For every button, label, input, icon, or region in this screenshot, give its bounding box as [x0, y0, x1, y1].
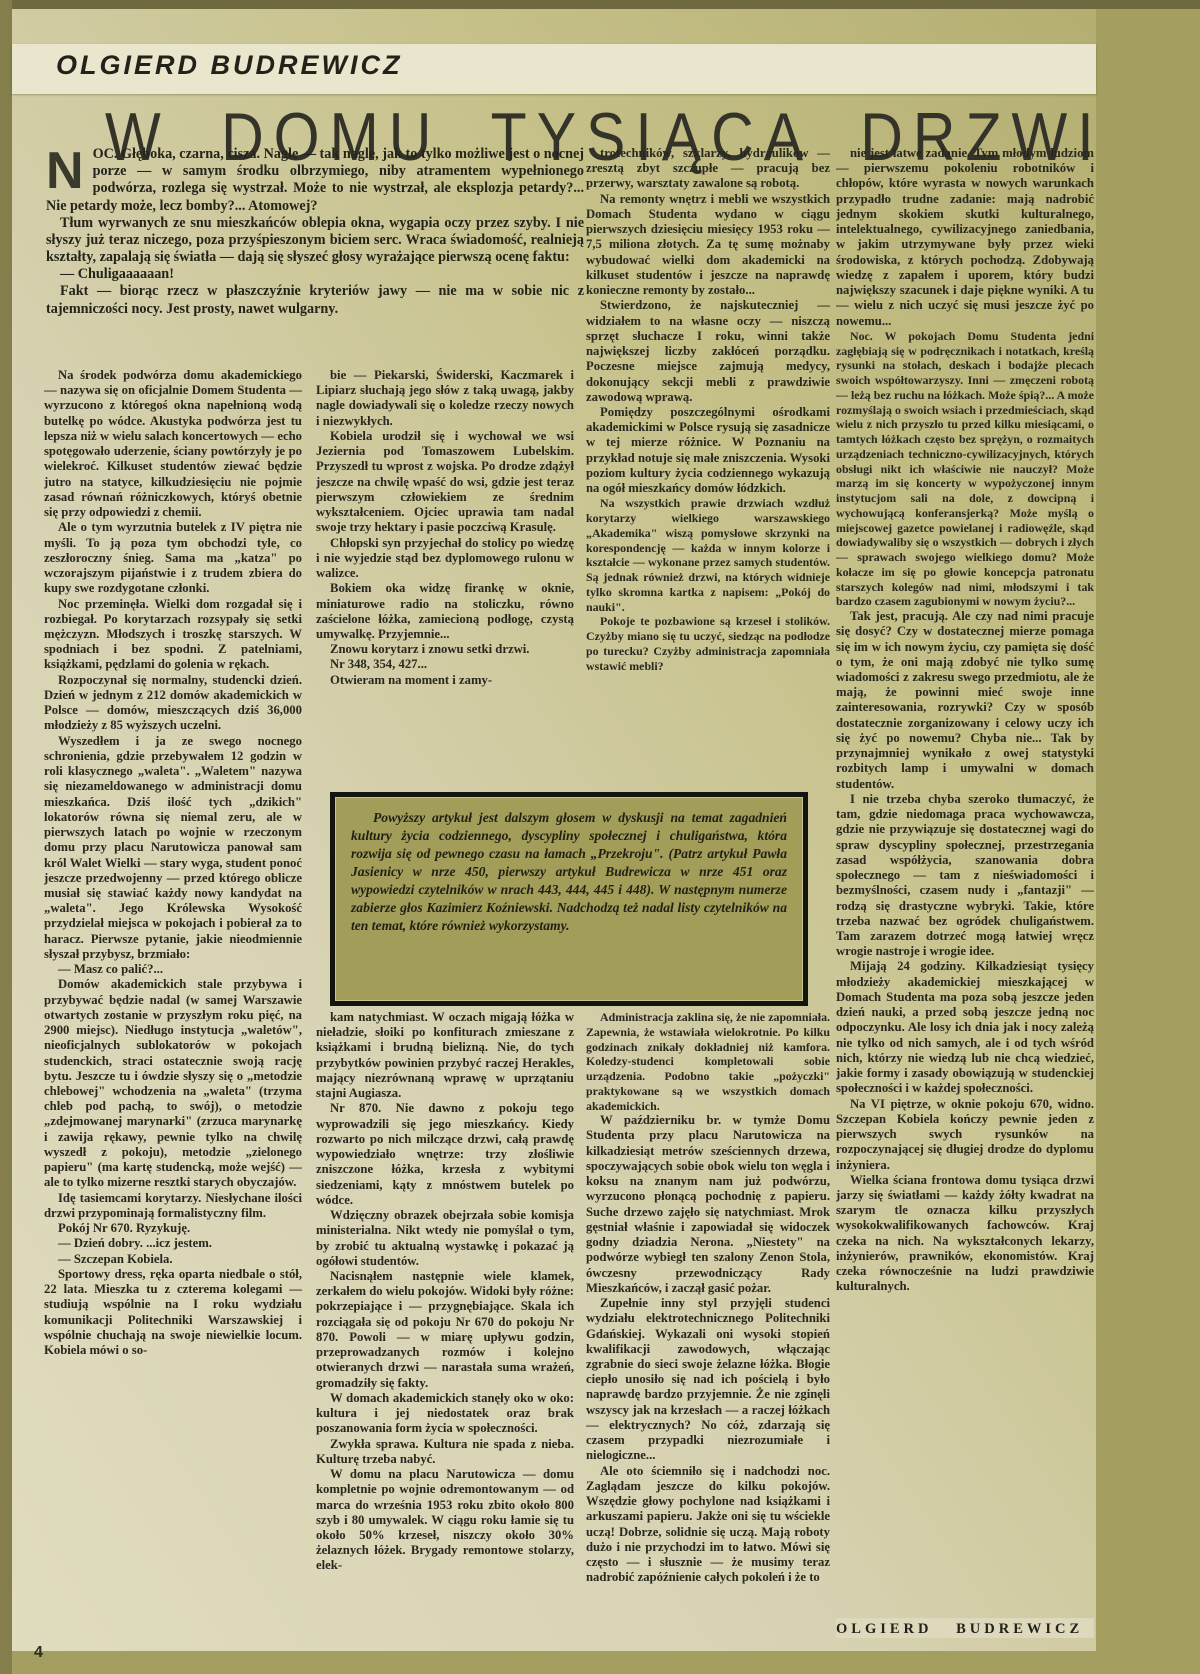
paragraph: Noc. W pokojach Domu Studenta jedni zagł… [836, 329, 1094, 609]
paragraph: bie — Piekarski, Świderski, Kaczmarek i … [316, 368, 574, 429]
kicker-band: OLGIERD BUDREWICZ [12, 44, 1096, 94]
paragraph: Otwieram na moment i zamy- [316, 673, 574, 688]
paragraph: — Szczepan Kobiela. [44, 1252, 302, 1267]
lede-paragraph: Fakt — biorąc rzecz w płaszczyźnie kryte… [46, 283, 584, 317]
paragraph: W październiku br. w tymże Domu Studenta… [586, 1113, 830, 1296]
paragraph: Sportowy dress, ręka oparta niedbale o s… [44, 1267, 302, 1358]
lede-paragraphs: N OC. Głęboka, czarna, cisza. Nagle — ta… [46, 146, 584, 368]
paragraph: Wdzięczny obrazek obejrzała sobie komisj… [316, 1208, 574, 1269]
column-4: nie jest łatwe zadanie. Tym młodym ludzi… [836, 146, 1094, 1638]
paragraph: W domach akademickich stanęły oko w oko:… [316, 1391, 574, 1437]
column-3-top: trotechników, szklarzy, hydraulików — zr… [586, 146, 830, 788]
paragraph: Nr 870. Nie dawno z pokoju tego wyprowad… [316, 1101, 574, 1208]
paragraph: Nr 348, 354, 427... [316, 657, 574, 672]
paragraph: Ale o tym wyrzutnia butelek z IV piętra … [44, 520, 302, 596]
paragraph: Ale oto ściemniło się i nadchodzi noc. Z… [586, 1464, 830, 1586]
paragraph: Administracja zaklina się, że nie zapomn… [586, 1010, 830, 1113]
page-edge-left [0, 0, 12, 1674]
paragraph: Pokój Nr 670. Ryzykuję. [44, 1221, 302, 1236]
paragraph: Wyszedłem i ja ze swego nocnego schronie… [44, 734, 302, 963]
paragraph: Nacisnąłem następnie wiele klamek, zerka… [316, 1269, 574, 1391]
paragraph: Pomiędzy poszczególnymi ośrodkami akadem… [586, 405, 830, 496]
author-byline: OLGIERD BUDREWICZ [836, 1618, 1094, 1638]
drop-cap: N [46, 151, 84, 193]
page-edge-top [0, 0, 1200, 9]
column-4-paragraphs: nie jest łatwe zadanie. Tym młodym ludzi… [836, 146, 1094, 1295]
paragraph: Zwykła sprawa. Kultura nie spada z nieba… [316, 1437, 574, 1467]
column-2-top: bie — Piekarski, Świderski, Kaczmarek i … [316, 368, 574, 788]
page-number: 4 [34, 1644, 43, 1662]
paragraph: trotechników, szklarzy, hydraulików — zr… [586, 146, 830, 192]
paragraph: Rozpoczynał się normalny, studencki dzie… [44, 673, 302, 734]
paragraph: Idę tasiemcami korytarzy. Niesłychane il… [44, 1191, 302, 1221]
paragraph: Stwierdzono, że najskuteczniej — widział… [586, 298, 830, 405]
paragraph: Na remonty wnętrz i mebli we wszystkich … [586, 192, 830, 299]
column-3-bottom: Administracja zaklina się, że nie zapomn… [586, 1010, 830, 1660]
magazine-page: { "page": { "number": "4" }, "header": {… [0, 0, 1200, 1674]
paragraph: I nie trzeba chyba szeroko tłumaczyć, że… [836, 792, 1094, 960]
paragraph: Zupełnie inny styl przyjęli studenci wyd… [586, 1296, 830, 1464]
paragraph: nie jest łatwe zadanie. Tym młodym ludzi… [836, 146, 1094, 329]
paragraph: Na VI piętrze, w oknie pokoju 670, widno… [836, 1097, 1094, 1173]
paragraph: Wielka ściana frontowa domu tysiąca drzw… [836, 1173, 1094, 1295]
lede-paragraph: Tłum wyrwanych ze snu mieszkańców oblepi… [46, 215, 584, 267]
paragraph: Bokiem oka widzę firankę w oknie, miniat… [316, 581, 574, 642]
paragraph: Tak jest, pracują. Ale czy nad nimi prac… [836, 609, 1094, 792]
paragraph: Mijają 24 godziny. Kilkadziesiąt tysięcy… [836, 959, 1094, 1096]
paragraph: — Masz co palić?... [44, 962, 302, 977]
column-1: Na środek podwórza domu akademickiego — … [44, 368, 302, 1636]
editorial-note-box: Powyższy artykuł jest dalszym głosem w d… [330, 792, 808, 1006]
paragraph: W domu na placu Narutowicza — domu kompl… [316, 1467, 574, 1574]
author-kicker: OLGIERD BUDREWICZ [56, 50, 402, 81]
paragraph: Chłopski syn przyjechał do stolicy po wi… [316, 536, 574, 582]
lede-paragraph: OC. Głęboka, czarna, cisza. Nagle — tak … [46, 146, 584, 215]
paragraph: — Dzień dobry. ...icz jestem. [44, 1236, 302, 1251]
paragraph: Na środek podwórza domu akademickiego — … [44, 368, 302, 520]
lede-paragraph: — Chuligaaaaaan! [46, 266, 584, 283]
paragraph: Znowu korytarz i znowu setki drzwi. [316, 642, 574, 657]
column-2-bottom: kam natychmiast. W oczach migają łóżka w… [316, 1010, 574, 1660]
paragraph: Kobiela urodził się i wychował we wsi Je… [316, 429, 574, 536]
paragraph: Domów akademickich stale przybywa i przy… [44, 977, 302, 1190]
paragraph: Pokoje te pozbawione są krzeseł i stolik… [586, 614, 830, 673]
paragraph: Na wszystkich prawie drzwiach wzdłuż kor… [586, 496, 830, 614]
editorial-note-text: Powyższy artykuł jest dalszym głosem w d… [351, 809, 787, 935]
paragraph: Noc przeminęła. Wielki dom rozgadał się … [44, 597, 302, 673]
paragraph: kam natychmiast. W oczach migają łóżka w… [316, 1010, 574, 1101]
